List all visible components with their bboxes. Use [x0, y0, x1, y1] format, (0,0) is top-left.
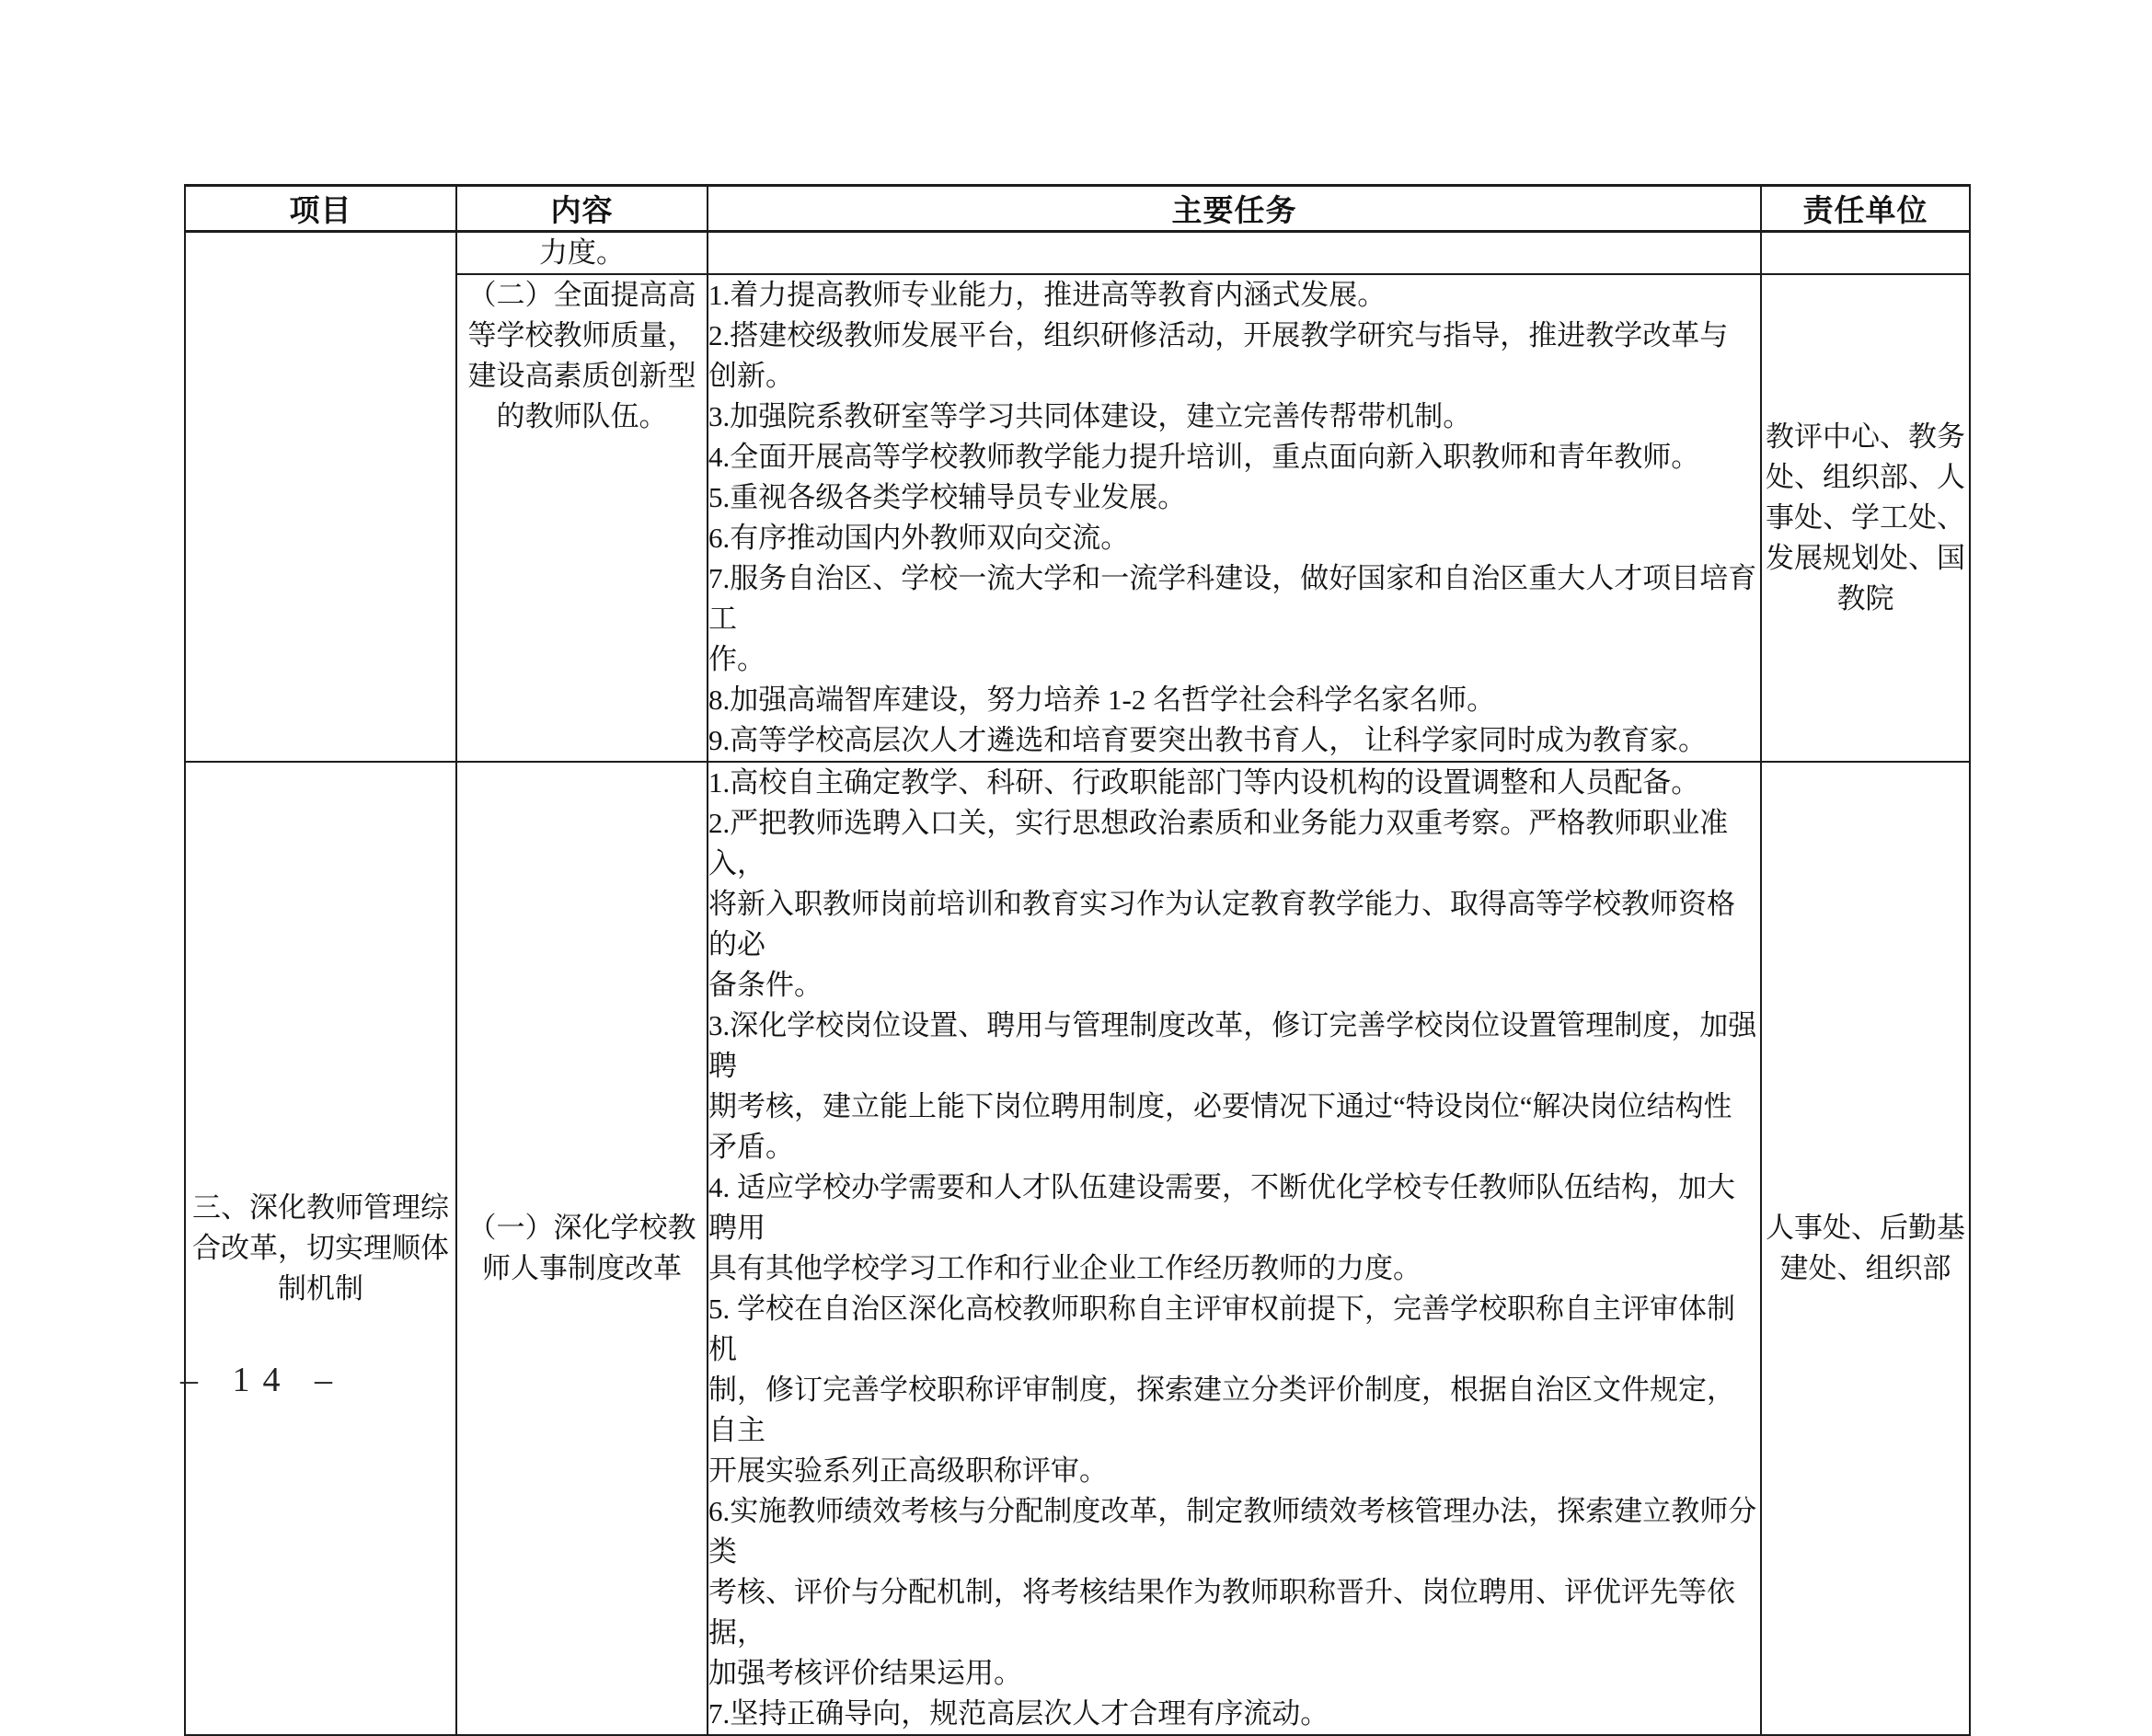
unit-cell-carryover: [1761, 232, 1970, 275]
tasks-cell-section-two: 1.着力提高教师专业能力，推进高等教育内涵式发展。 2.搭建校级教师发展平台，组…: [708, 274, 1761, 762]
content-cell-section-two: （二）全面提高高 等学校教师质量， 建设高素质创新型 的教师队伍。: [456, 274, 708, 762]
content-cell-carryover: 力度。: [456, 232, 708, 275]
header-tasks: 主要任务: [708, 186, 1761, 232]
content-cell-section-three: （一）深化学校教 师人事制度改革: [456, 762, 708, 1735]
header-content: 内容: [456, 186, 708, 232]
header-project: 项目: [185, 186, 456, 232]
page-number: – 14 –: [180, 1360, 345, 1400]
work-plan-table: 项目 内容 主要任务 责任单位 力度。 （二）全面提高高 等学校教师质量， 建设…: [184, 184, 1971, 1736]
project-cell-carryover: [185, 232, 456, 763]
table-header-row: 项目 内容 主要任务 责任单位: [185, 186, 1970, 232]
section-three-row: 三、深化教师管理综 合改革，切实理顺体 制机制 （一）深化学校教 师人事制度改革…: [185, 762, 1970, 1735]
carryover-row: 力度。: [185, 232, 1970, 275]
project-cell-section-three: 三、深化教师管理综 合改革，切实理顺体 制机制: [185, 762, 456, 1735]
unit-cell-section-two: 教评中心、教务 处、组织部、人 事处、学工处、 发展规划处、国 教院: [1761, 274, 1970, 762]
unit-cell-section-three: 人事处、后勤基 建处、组织部: [1761, 762, 1970, 1735]
tasks-cell-carryover: [708, 232, 1761, 275]
tasks-cell-section-three: 1.高校自主确定教学、科研、行政职能部门等内设机构的设置调整和人员配备。 2.严…: [708, 762, 1761, 1735]
header-unit: 责任单位: [1761, 186, 1970, 232]
document-page: 项目 内容 主要任务 责任单位 力度。 （二）全面提高高 等学校教师质量， 建设…: [0, 0, 2152, 1522]
